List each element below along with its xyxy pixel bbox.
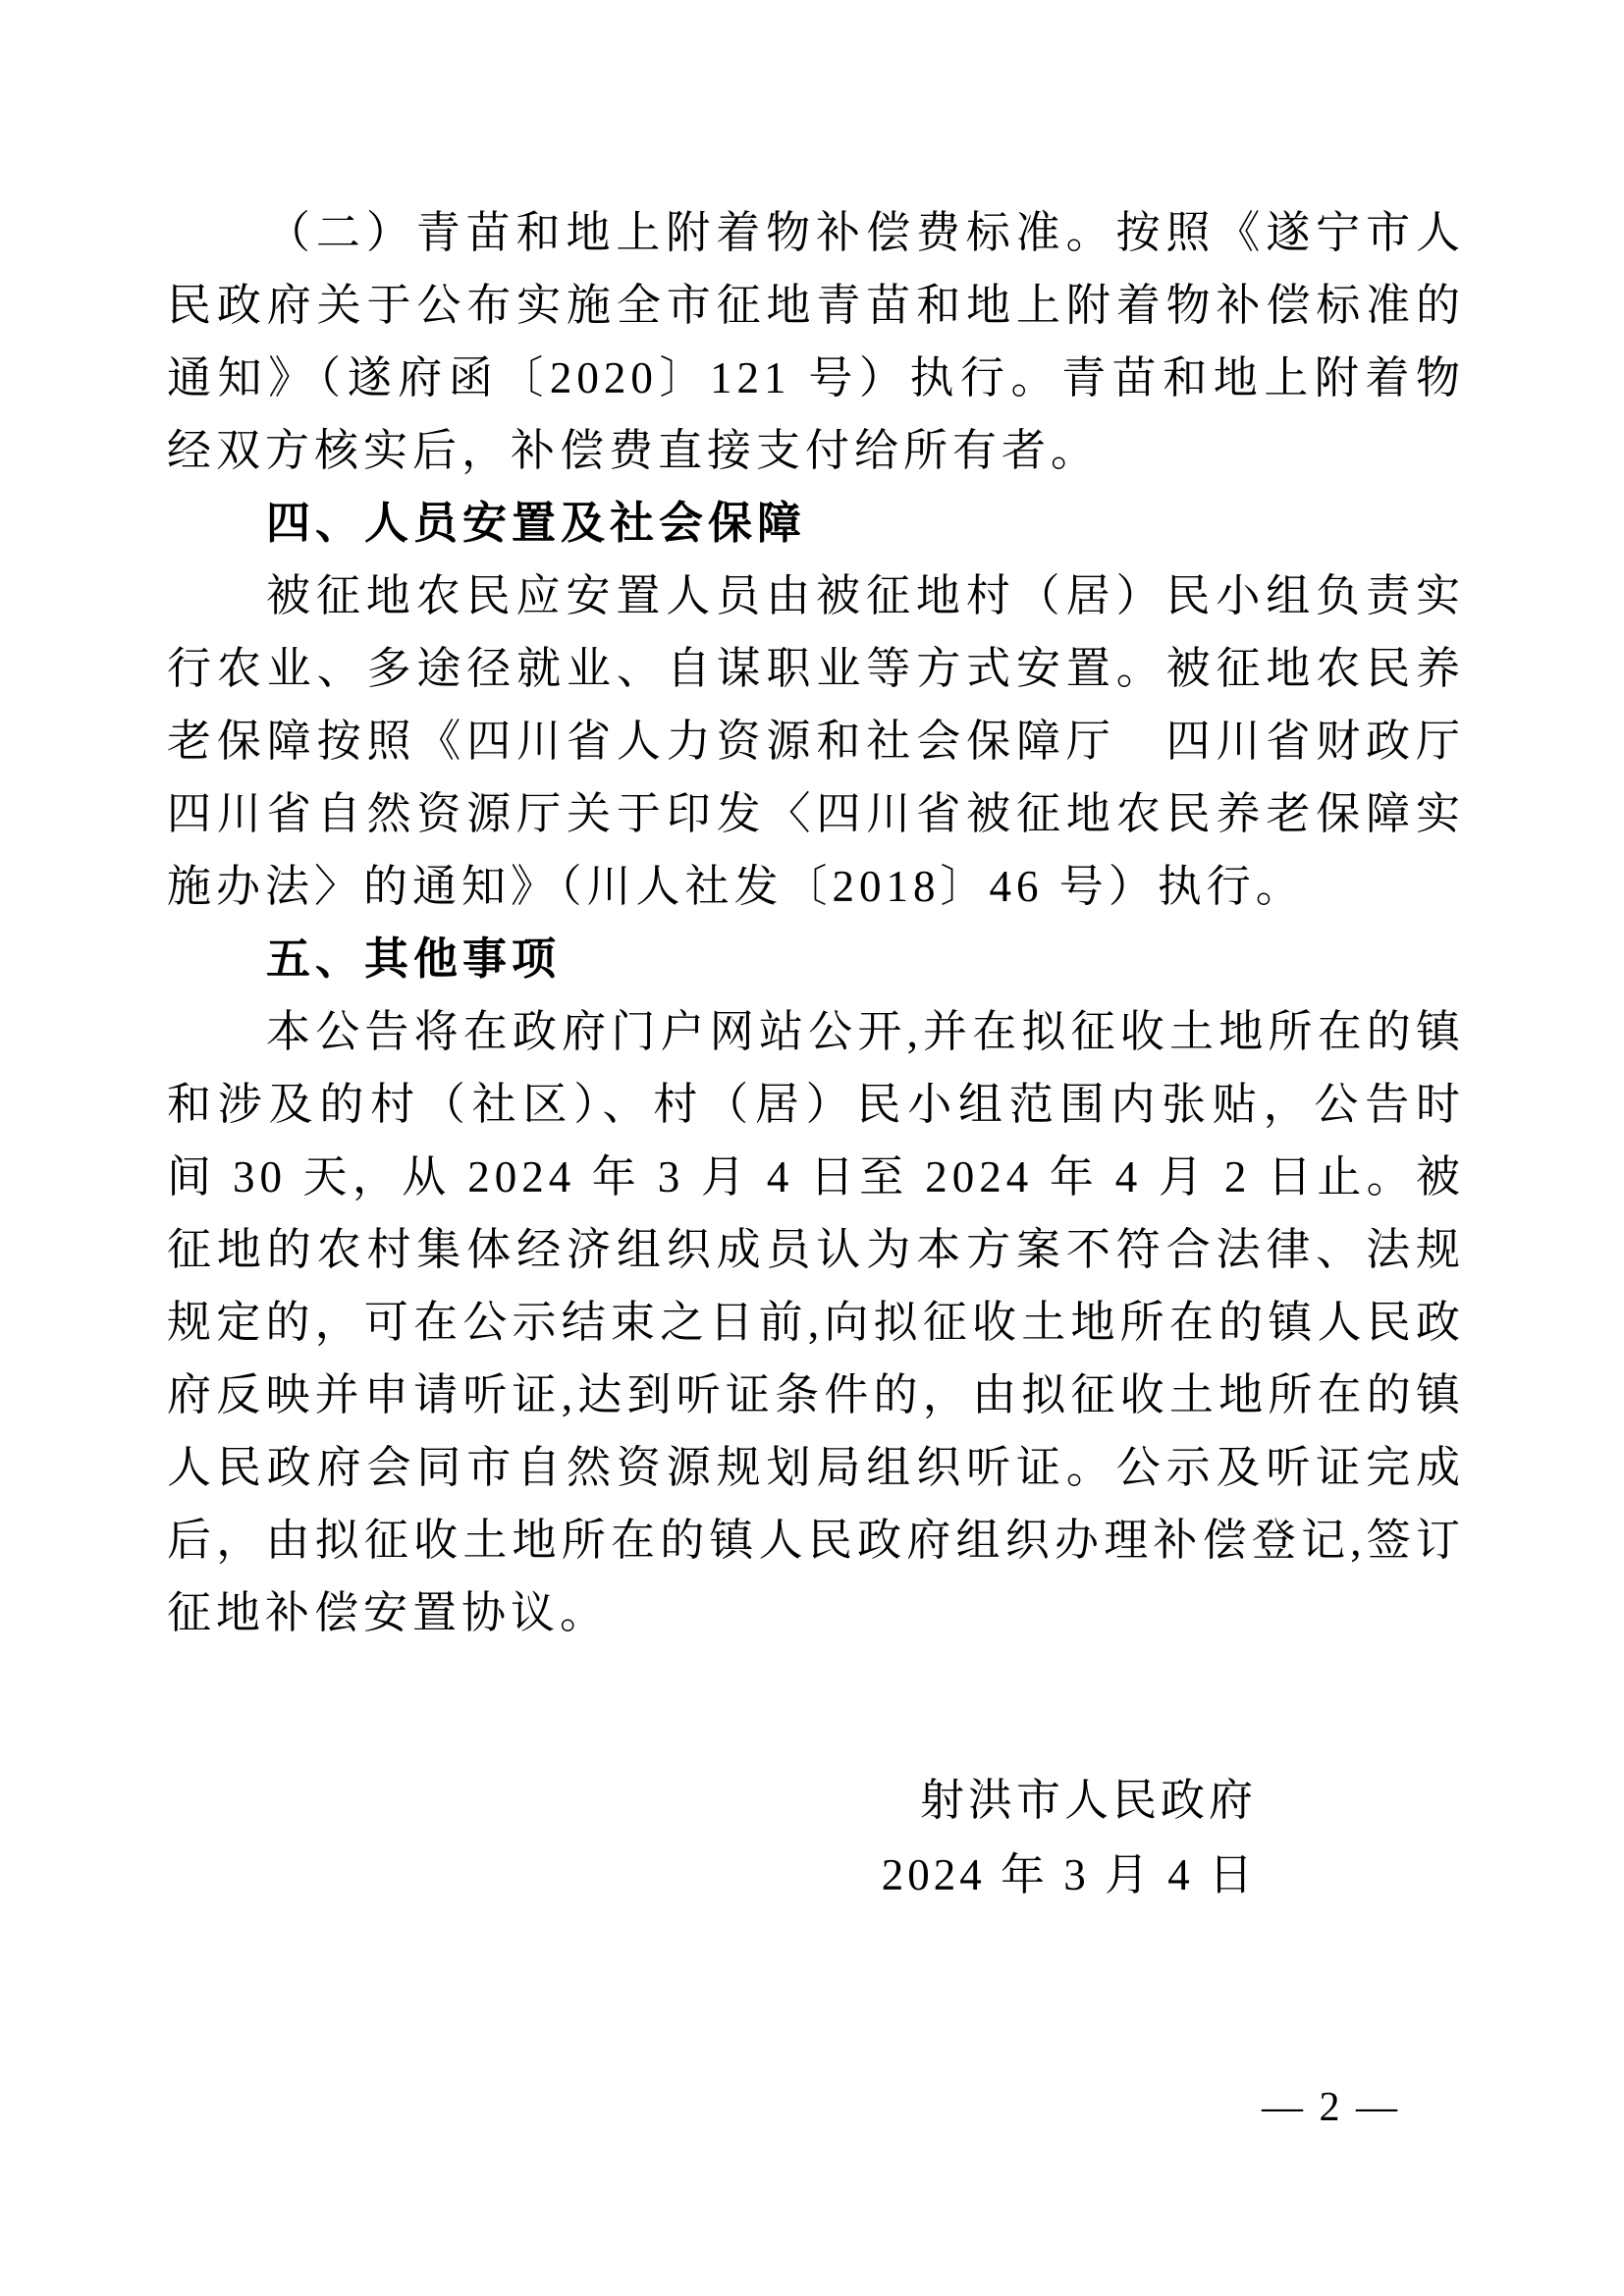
document-page: （二）青苗和地上附着物补偿费标准。按照《遂宁市人民政府关于公布实施全市征地青苗和… <box>0 0 1624 2296</box>
signature-issuer: 射洪市人民政府 <box>167 1763 1257 1838</box>
paragraph-resettlement-social-security: 被征地农民应安置人员由被征地村（居）民小组负责实行农业、多途径就业、自谋职业等方… <box>167 560 1465 923</box>
paragraph-crop-compensation-standard: （二）青苗和地上附着物补偿费标准。按照《遂宁市人民政府关于公布实施全市征地青苗和… <box>167 196 1465 487</box>
signature-date: 2024 年 3 月 4 日 <box>167 1838 1257 1912</box>
section-heading-resettlement-social-security: 四、人员安置及社会保障 <box>167 487 1465 560</box>
document-body: （二）青苗和地上附着物补偿费标准。按照《遂宁市人民政府关于公布实施全市征地青苗和… <box>167 196 1465 1912</box>
section-heading-other-matters: 五、其他事项 <box>167 923 1465 995</box>
page-number: — 2 — <box>1262 2084 1400 2131</box>
paragraph-other-matters: 本公告将在政府门户网站公开,并在拟征收土地所在的镇和涉及的村（社区）、村（居）民… <box>167 995 1465 1649</box>
signature-block: 射洪市人民政府 2024 年 3 月 4 日 <box>167 1763 1465 1912</box>
